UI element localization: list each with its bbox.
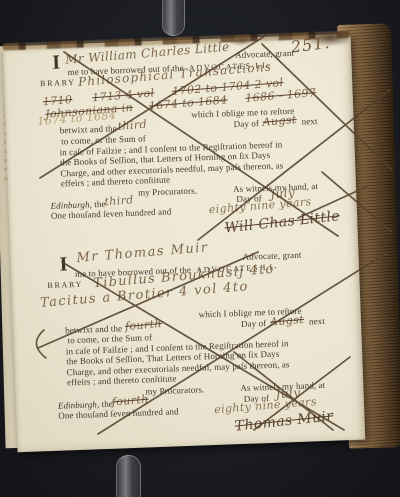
photo-of-library-register: 251. I Mr William Charles Little Advocat… [0, 0, 400, 497]
form2-printed-grant: Advocate, grant [242, 250, 301, 262]
plastic-strap-top [162, 0, 185, 36]
form1-signed-day: third [104, 193, 134, 208]
plastic-strap-bottom [116, 455, 141, 497]
form2-printed-next: next [309, 316, 325, 327]
form2-borrower-name: Mr Thomas Muir [76, 240, 209, 266]
form1-return-month: Augst [262, 113, 297, 129]
form1-printed-next: next [301, 116, 317, 127]
page-number: 251. [290, 33, 332, 57]
form2-signed-day: fourth [111, 393, 149, 409]
form2-return-day: fourth [125, 317, 163, 333]
form2-printed-dayof: Day of [241, 318, 267, 329]
form2-printed-procurators: my Procurators. [145, 384, 204, 396]
form1-initial: I [52, 51, 61, 74]
form1-library-caps2: BRARY [40, 78, 76, 89]
form1-printed-grant: Advocate, grant [235, 48, 294, 60]
form1-printed-dayof: Day of [233, 118, 259, 129]
form1-return-day: third [117, 118, 147, 133]
form1-printed-betwixt: betwixt and the [60, 123, 117, 135]
form2-library-caps2: BRARY [47, 280, 83, 291]
form1-printed-procurators: my Procurators. [138, 185, 197, 197]
register-page: 251. I Mr William Charles Little Advocat… [3, 34, 366, 452]
form2-return-month: Augst [269, 313, 304, 329]
form2-initial: I [59, 253, 68, 276]
top-edge-stain [228, 35, 254, 46]
